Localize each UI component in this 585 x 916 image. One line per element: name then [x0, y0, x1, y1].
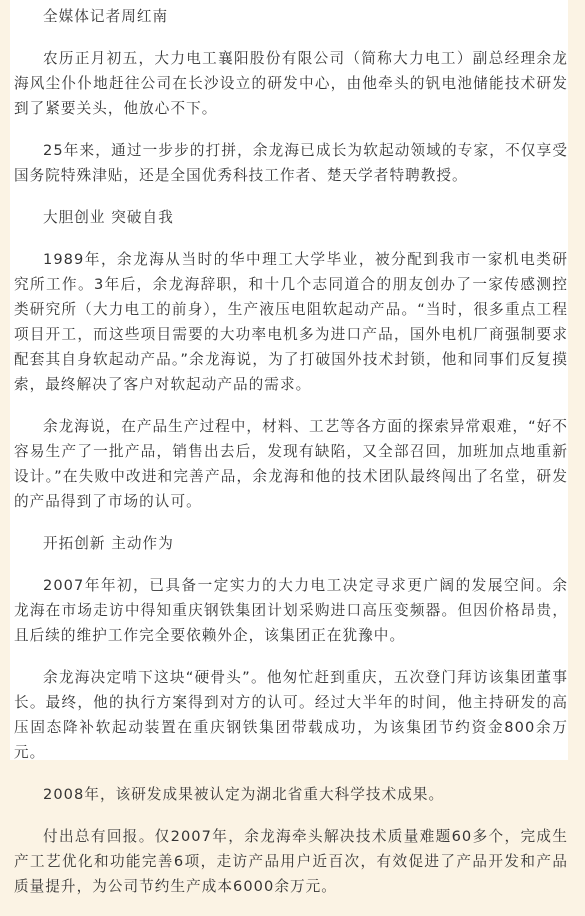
section-heading: 开拓创新 主动作为	[14, 531, 568, 556]
article-paragraph: 余龙海决定啃下这块“硬骨头”。他匆忙赶到重庆，五次登门拜访该集团董事长。最终，他…	[14, 665, 568, 760]
article-body: 全媒体记者周红南 农历正月初五，大力电工襄阳股份有限公司（简称大力电工）副总经理…	[14, 4, 568, 760]
article-paragraph: 1989年，余龙海从当时的华中理工大学毕业，被分配到我市一家机电类研究所工作。3…	[14, 247, 568, 397]
article-byline: 全媒体记者周红南	[14, 4, 568, 29]
article-paragraph: 25年来，通过一步步的打拼，余龙海已成长为软起动领域的专家，不仅享受国务院特殊津…	[14, 138, 568, 188]
article-page: 全媒体记者周红南 农历正月初五，大力电工襄阳股份有限公司（简称大力电工）副总经理…	[10, 0, 568, 760]
section-heading: 大胆创业 突破自我	[14, 205, 568, 230]
article-paragraph: 2007年年初，已具备一定实力的大力电工决定寻求更广阔的发展空间。余龙海在市场走…	[14, 573, 568, 648]
article-paragraph: 余龙海说，在产品生产过程中，材料、工艺等各方面的探索异常艰难，“好不容易生产了一…	[14, 414, 568, 514]
article-paragraph: 农历正月初五，大力电工襄阳股份有限公司（简称大力电工）副总经理余龙海风尘仆仆地赶…	[14, 46, 568, 121]
